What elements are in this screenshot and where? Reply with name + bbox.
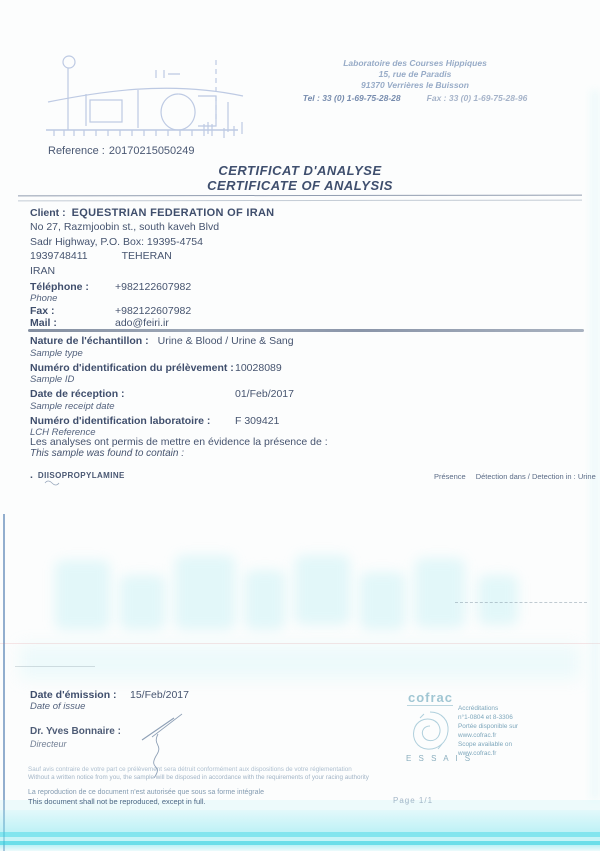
lab-address-line1: 15, rue de Paradis xyxy=(240,69,590,80)
issue-date-label-fr: Date d'émission : xyxy=(30,689,117,701)
sample-type-label-fr: Nature de l'échantillon : xyxy=(30,335,149,347)
findings-block: Les analyses ont permis de mettre en évi… xyxy=(30,436,590,483)
client-block: Client :EQUESTRIAN FEDERATION OF IRAN No… xyxy=(30,206,460,330)
finding-row: .DIISOPROPYLAMINE PrésenceDétection dans… xyxy=(30,469,590,483)
cofrac-spiral-icon xyxy=(408,708,452,754)
accreditation-line: Scope available on xyxy=(458,740,518,749)
receipt-date-row: Date de réception :01/Feb/2017 Sample re… xyxy=(30,389,570,412)
client-postal-code: 1939748411 xyxy=(30,250,88,262)
lab-id-row: Numéro d'identification laboratoire :F 3… xyxy=(30,416,570,439)
mail-value: ado@feiri.ir xyxy=(115,317,169,329)
pen-squiggle xyxy=(44,479,60,486)
lab-name: Laboratoire des Courses Hippiques xyxy=(240,58,590,69)
phone-label-fr: Téléphone : xyxy=(30,281,115,293)
findings-intro-fr: Les analyses ont permis de mettre en évi… xyxy=(30,436,590,448)
title-divider xyxy=(18,195,582,202)
client-country: IRAN xyxy=(30,264,460,278)
accreditation-text: Accréditations n°1-0804 et 8-3306 Portée… xyxy=(458,704,518,758)
fax-label: Fax : xyxy=(30,305,115,317)
lab-id-label-fr: Numéro d'identification laboratoire : xyxy=(30,415,210,427)
detection-label: Détection dans / Detection in : Urine xyxy=(476,472,596,481)
reference-line: Reference :20170215050249 xyxy=(48,145,195,157)
sample-type-row: Nature de l'échantillon :Urine & Blood /… xyxy=(30,336,570,359)
client-name: EQUESTRIAN FEDERATION OF IRAN xyxy=(72,207,275,219)
client-mail-row: Mail :ado@feiri.ir xyxy=(30,317,460,329)
cofrac-logo-text: cofrac xyxy=(408,690,453,705)
lab-tel: Tel : 33 (0) 1-69-75-28-28 xyxy=(303,93,401,104)
fax-value: +982122607982 xyxy=(115,305,191,317)
sample-id-row: Numéro d'identification du prélèvement :… xyxy=(30,363,570,386)
client-fax-row: Fax :+982122607982 xyxy=(30,305,460,317)
sample-id-label-en: Sample ID xyxy=(30,374,570,385)
issue-date-row: Date d'émission :15/Feb/2017 xyxy=(30,689,330,701)
client-address-line2: Sadr Highway, P.O. Box: 19395-4754 xyxy=(30,235,460,249)
client-city: TEHERAN xyxy=(122,250,172,262)
lab-logo xyxy=(38,52,253,144)
lab-telfax: Tel : 33 (0) 1-69-75-28-28 Fax : 33 (0) … xyxy=(240,93,590,104)
client-postal-city-row: 1939748411TEHERAN xyxy=(30,249,460,263)
client-phone-row: Téléphone :+982122607982 xyxy=(30,281,460,293)
phone-value: +982122607982 xyxy=(115,281,191,293)
scanned-certificate-page: Laboratoire des Courses Hippiques 15, ru… xyxy=(0,0,600,851)
footer-reproduction-fr: La reproduction de ce document n'est aut… xyxy=(28,789,264,796)
sample-block: Nature de l'échantillon :Urine & Blood /… xyxy=(30,336,570,442)
accreditation-line: www.cofrac.fr xyxy=(458,749,518,758)
receipt-date-label-en: Sample receipt date xyxy=(30,401,570,412)
lab-fax: Fax : 33 (0) 1-69-75-28-96 xyxy=(427,93,528,104)
reference-value: 20170215050249 xyxy=(109,145,195,157)
accreditation-line: Accréditations xyxy=(458,704,518,713)
presence-label: Présence xyxy=(434,472,466,481)
finding-bullet: . xyxy=(30,469,33,481)
accreditation-line: Portée disponible sur xyxy=(458,722,518,731)
mail-label: Mail : xyxy=(30,317,115,329)
client-contact: Téléphone :+982122607982 Phone Fax :+982… xyxy=(30,281,460,330)
client-name-row: Client :EQUESTRIAN FEDERATION OF IRAN xyxy=(30,206,460,220)
issue-date-value: 15/Feb/2017 xyxy=(130,689,189,701)
section-divider xyxy=(28,329,584,332)
certificate-title: CERTIFICAT D'ANALYSE CERTIFICATE OF ANAL… xyxy=(0,163,600,193)
lab-address-line2: 91370 Verrières le Buisson xyxy=(240,80,590,91)
receipt-date-label-fr: Date de réception : xyxy=(30,388,125,400)
detection-info: PrésenceDétection dans / Detection in : … xyxy=(434,471,596,483)
client-address-line1: No 27, Razmjoobin st., south kaveh Blvd xyxy=(30,220,460,234)
sample-id-label-fr: Numéro d'identification du prélèvement : xyxy=(30,362,234,374)
title-fr: CERTIFICAT D'ANALYSE xyxy=(0,163,600,178)
sample-id-value: 10028089 xyxy=(235,363,282,375)
accreditation-line: n°1-0804 et 8-3306 xyxy=(458,713,518,722)
accreditation-block: cofrac E S S A I S Accréditations n°1-08… xyxy=(402,688,572,772)
page-number: Page 1/1 xyxy=(393,796,433,805)
title-en: CERTIFICATE OF ANALYSIS xyxy=(0,178,600,193)
reference-label: Reference : xyxy=(48,145,105,157)
lab-id-value: F 309421 xyxy=(235,416,279,428)
receipt-date-value: 01/Feb/2017 xyxy=(235,389,294,401)
lab-address-block: Laboratoire des Courses Hippiques 15, ru… xyxy=(240,58,590,104)
findings-intro-en: This sample was found to contain : xyxy=(30,448,590,460)
footer-reproduction-en: This document shall not be reproduced, e… xyxy=(28,797,206,806)
sample-type-label-en: Sample type xyxy=(30,348,570,359)
footer-destruction-en: Without a written notice from you, the s… xyxy=(28,774,369,781)
footer-destruction-fr: Sauf avis contraire de votre part ce pré… xyxy=(28,766,352,773)
client-label: Client : xyxy=(30,207,66,219)
phone-label-en: Phone xyxy=(30,293,460,305)
sample-type-value: Urine & Blood / Urine & Sang xyxy=(158,335,294,347)
accreditation-line: www.cofrac.fr xyxy=(458,731,518,740)
cofrac-logo-underline xyxy=(407,705,453,706)
document-content: Laboratoire des Courses Hippiques 15, ru… xyxy=(0,0,600,851)
